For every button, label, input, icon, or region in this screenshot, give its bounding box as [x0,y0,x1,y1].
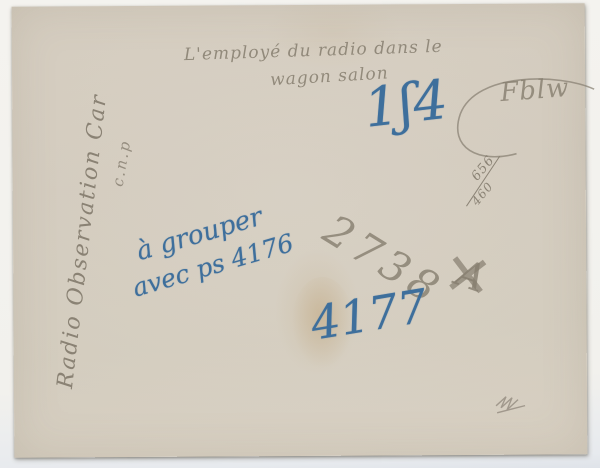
caption-handwriting-line1: L'employé du radio dans le [184,37,443,65]
signature-handwriting: Fblw [499,73,570,108]
side-title-handwriting: Radio Observation Car [51,76,119,407]
photo-card-back: L'employé du radio dans le wagon salon 1… [12,3,588,457]
blue-grouping-note: à grouper avec ps 4176 [120,195,297,302]
blue-number-top: 1ʃ4 [361,68,451,140]
corner-scribble-icon [492,392,534,418]
strike-through-mark: ✕ [439,239,497,313]
